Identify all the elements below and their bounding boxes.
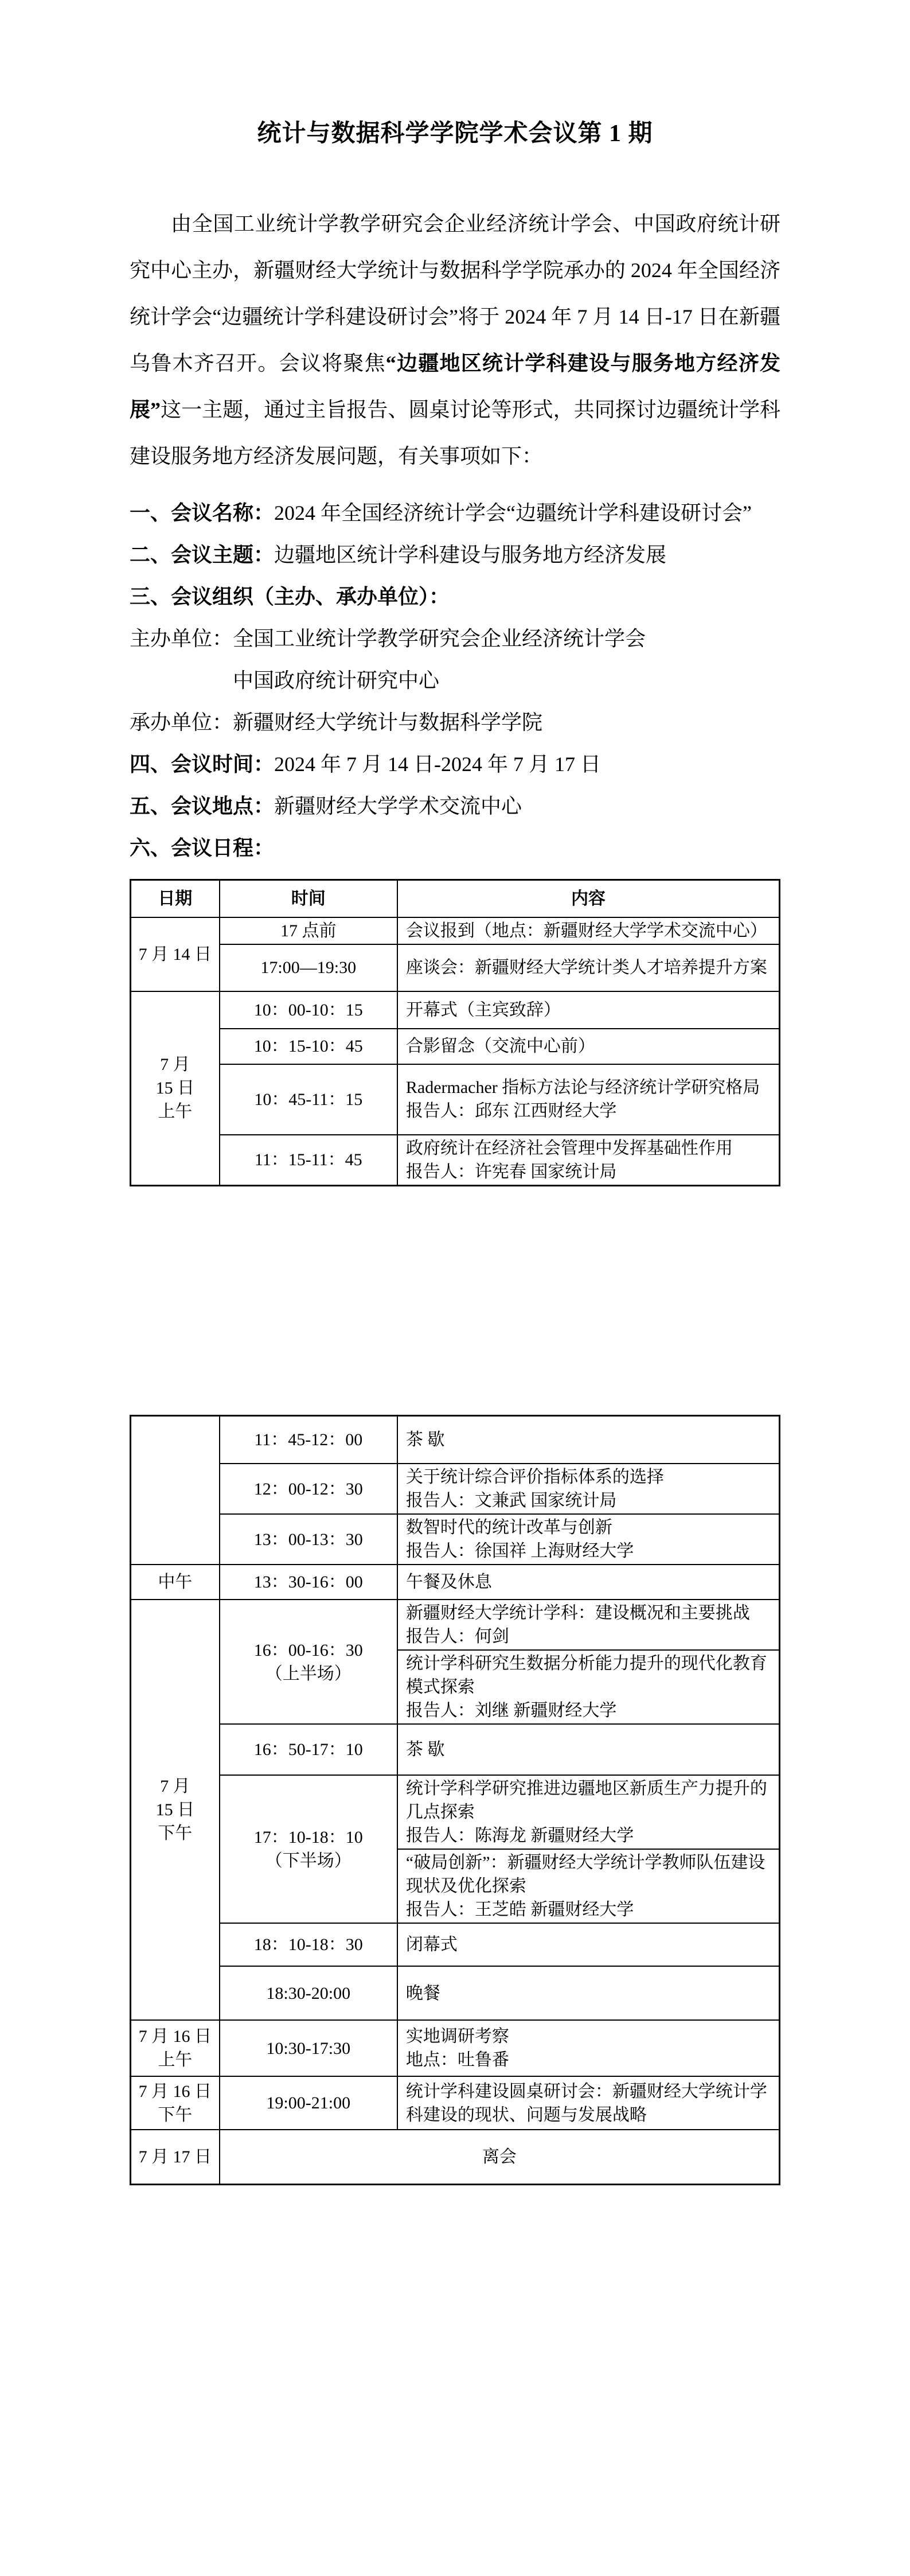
page-title: 统计与数据科学学院学术会议第 1 期	[130, 0, 780, 148]
table-row: 7 月15 日上午10：00-10：15开幕式（主宾致辞）	[131, 991, 780, 1029]
content-cell: 合影留念（交流中心前）	[397, 1029, 780, 1064]
date-cell: 中午	[131, 1565, 220, 1600]
meeting-info-label: 二、会议主题：	[130, 543, 274, 566]
schedule-header-row: 日期时间内容	[131, 880, 780, 917]
table-row: 7 月15 日下午16：00-16：30（上半场）新疆财经大学统计学科：建设概况…	[131, 1600, 780, 1650]
content-cell: 开幕式（主宾致辞）	[397, 991, 780, 1029]
table-row: 7 月 14 日17 点前会议报到（地点：新疆财经大学学术交流中心）	[131, 917, 780, 944]
date-cell: 7 月 14 日	[131, 917, 220, 991]
meeting-info-label: 承办单位：	[130, 711, 233, 734]
table-row: 17:00—19:30座谈会：新疆财经大学统计类人才培养提升方案	[131, 944, 780, 991]
meeting-info-value: 2024 年 7 月 14 日-2024 年 7 月 17 日	[274, 753, 601, 776]
date-cell: 7 月 16 日下午	[131, 2076, 220, 2130]
table-row: 7 月 17 日离会	[131, 2130, 780, 2184]
date-cell: 7 月15 日下午	[131, 1600, 220, 2020]
content-cell: 关于统计综合评价指标体系的选择报告人：文兼武 国家统计局	[397, 1464, 780, 1514]
content-cell: 茶 歇	[397, 1724, 780, 1775]
time-cell: 18：10-18：30	[220, 1923, 397, 1966]
table-row: 7 月 16 日下午19:00-21:00统计学科建设圆桌研讨会：新疆财经大学统…	[131, 2076, 780, 2130]
meeting-info-item: 三、会议组织（主办、承办单位）：	[130, 576, 780, 618]
content-cell: “破局创新”：新疆财经大学统计学教师队伍建设现状及优化探索报告人：王芝皓 新疆财…	[397, 1849, 780, 1923]
table-row: 10：45-11：15Radermacher 指标方法论与经济统计学研究格局报告…	[131, 1064, 780, 1135]
content-cell: 茶 歇	[397, 1415, 780, 1464]
table-row: 11：15-11：45政府统计在经济社会管理中发挥基础性作用报告人：许宪春 国家…	[131, 1135, 780, 1186]
document-content: 统计与数据科学学院学术会议第 1 期 由全国工业统计学教学研究会企业经济统计学会…	[0, 0, 910, 2185]
content-cell: Radermacher 指标方法论与经济统计学研究格局报告人：邱东 江西财经大学	[397, 1064, 780, 1135]
time-cell: 17:00—19:30	[220, 944, 397, 991]
time-cell: 17 点前	[220, 917, 397, 944]
meeting-info-value: 全国工业统计学教学研究会企业经济统计学会	[233, 627, 646, 650]
time-cell: 13：30-16：00	[220, 1565, 397, 1600]
time-cell: 10：15-10：45	[220, 1029, 397, 1064]
time-cell: 19:00-21:00	[220, 2076, 397, 2130]
time-cell: 10:30-17:30	[220, 2020, 397, 2076]
time-cell: 10：45-11：15	[220, 1064, 397, 1135]
content-cell: 闭幕式	[397, 1923, 780, 1966]
schedule-table-page2-container: 11：45-12：00茶 歇12：00-12：30关于统计综合评价指标体系的选择…	[130, 1415, 780, 2185]
meeting-info-item: 六、会议日程：	[130, 827, 780, 869]
table-row: 中午13：30-16：00午餐及休息	[131, 1565, 780, 1600]
table-row: 10：15-10：45合影留念（交流中心前）	[131, 1029, 780, 1064]
time-cell: 11：45-12：00	[220, 1415, 397, 1464]
table-row: 12：00-12：30关于统计综合评价指标体系的选择报告人：文兼武 国家统计局	[131, 1464, 780, 1514]
meeting-info-value: 新疆财经大学统计与数据科学学院	[233, 711, 542, 734]
header-cell: 时间	[220, 880, 397, 917]
meeting-info-item: 五、会议地点：新疆财经大学学术交流中心	[130, 785, 780, 827]
table-row: 17：10-18：10（下半场）统计学科学研究推进边疆地区新质生产力提升的几点探…	[131, 1775, 780, 1849]
time-cell: 17：10-18：10（下半场）	[220, 1775, 397, 1923]
meeting-info-value: 中国政府统计研究中心	[233, 669, 439, 692]
date-cell: 7 月15 日上午	[131, 991, 220, 1186]
time-cell: 12：00-12：30	[220, 1464, 397, 1514]
date-cell: 7 月 16 日上午	[131, 2020, 220, 2076]
table-row: 18:30-20:00晚餐	[131, 1966, 780, 2020]
meeting-info-value: 2024 年全国经济统计学会“边疆统计学科建设研讨会”	[274, 501, 752, 524]
meeting-info-label: 主办单位：	[130, 627, 233, 650]
content-cell: 统计学科学研究推进边疆地区新质生产力提升的几点探索报告人：陈海龙 新疆财经大学	[397, 1775, 780, 1849]
time-cell: 11：15-11：45	[220, 1135, 397, 1186]
meeting-info-item: 主办单位：全国工业统计学教学研究会企业经济统计学会	[130, 618, 780, 660]
table-row: 7 月 16 日上午10:30-17:30实地调研考察地点：吐鲁番	[131, 2020, 780, 2076]
meeting-info-item: 承办单位：新疆财经大学统计与数据科学学院	[130, 702, 780, 744]
schedule-table-page1-container: 日期时间内容7 月 14 日17 点前会议报到（地点：新疆财经大学学术交流中心）…	[130, 879, 780, 1186]
intro-segment: 由全国工业统计学教学研究会企业经济统计学会、中国政府统计研究中心主办，新疆财经大…	[130, 212, 780, 375]
meeting-info-item: 一、会议名称：2024 年全国经济统计学会“边疆统计学科建设研讨会”	[130, 492, 780, 534]
meeting-info-label: 三、会议组织（主办、承办单位）：	[130, 585, 450, 608]
meeting-info-label: 六、会议日程：	[130, 836, 274, 859]
schedule-table-page1: 日期时间内容7 月 14 日17 点前会议报到（地点：新疆财经大学学术交流中心）…	[130, 879, 780, 1186]
content-cell: 统计学科研究生数据分析能力提升的现代化教育模式探索报告人：刘继 新疆财经大学	[397, 1650, 780, 1724]
table-row: 16：50-17：10茶 歇	[131, 1724, 780, 1775]
time-cell: 16：00-16：30（上半场）	[220, 1600, 397, 1724]
table-row: 11：45-12：00茶 歇	[131, 1415, 780, 1464]
time-cell: 13：00-13：30	[220, 1514, 397, 1565]
content-cell: 新疆财经大学统计学科：建设概况和主要挑战报告人：何剑	[397, 1600, 780, 1650]
table-row: 13：00-13：30数智时代的统计改革与创新报告人：徐国祥 上海财经大学	[131, 1514, 780, 1565]
content-cell: 座谈会：新疆财经大学统计类人才培养提升方案	[397, 944, 780, 991]
meeting-info-label: 一、会议名称：	[130, 501, 274, 524]
content-cell: 实地调研考察地点：吐鲁番	[397, 2020, 780, 2076]
meeting-info-item: 四、会议时间：2024 年 7 月 14 日-2024 年 7 月 17 日	[130, 744, 780, 785]
intro-segment: 这一主题，通过主旨报告、圆桌讨论等形式，共同探讨边疆统计学科建设服务地方经济发展…	[130, 398, 780, 468]
header-cell: 日期	[131, 880, 220, 917]
meeting-info-item: 二、会议主题：边疆地区统计学科建设与服务地方经济发展	[130, 534, 780, 576]
table-row: 18：10-18：30闭幕式	[131, 1923, 780, 1966]
meeting-info-item: 中国政府统计研究中心	[130, 660, 780, 702]
date-cell	[131, 1415, 220, 1565]
intro-paragraph: 由全国工业统计学教学研究会企业经济统计学会、中国政府统计研究中心主办，新疆财经大…	[130, 201, 780, 480]
meeting-info-list: 一、会议名称：2024 年全国经济统计学会“边疆统计学科建设研讨会”二、会议主题…	[130, 492, 780, 869]
schedule-table-page2: 11：45-12：00茶 歇12：00-12：30关于统计综合评价指标体系的选择…	[130, 1415, 780, 2185]
meeting-info-label: 五、会议地点：	[130, 795, 274, 818]
content-cell: 统计学科建设圆桌研讨会：新疆财经大学统计学科建设的现状、问题与发展战略	[397, 2076, 780, 2130]
header-cell: 内容	[397, 880, 780, 917]
time-cell: 18:30-20:00	[220, 1966, 397, 2020]
content-cell: 数智时代的统计改革与创新报告人：徐国祥 上海财经大学	[397, 1514, 780, 1565]
time-cell: 16：50-17：10	[220, 1724, 397, 1775]
content-cell: 会议报到（地点：新疆财经大学学术交流中心）	[397, 917, 780, 944]
date-cell: 7 月 17 日	[131, 2130, 220, 2184]
document-page: 统计与数据科学学院学术会议第 1 期 由全国工业统计学教学研究会企业经济统计学会…	[0, 0, 910, 2576]
content-cell: 政府统计在经济社会管理中发挥基础性作用报告人：许宪春 国家统计局	[397, 1135, 780, 1186]
time-cell: 10：00-10：15	[220, 991, 397, 1029]
content-cell: 晚餐	[397, 1966, 780, 2020]
content-cell: 午餐及休息	[397, 1565, 780, 1600]
meeting-info-label: 四、会议时间：	[130, 753, 274, 776]
meeting-info-value: 新疆财经大学学术交流中心	[274, 795, 522, 818]
meeting-info-value: 边疆地区统计学科建设与服务地方经济发展	[274, 543, 666, 566]
merged-cell: 离会	[220, 2130, 780, 2184]
